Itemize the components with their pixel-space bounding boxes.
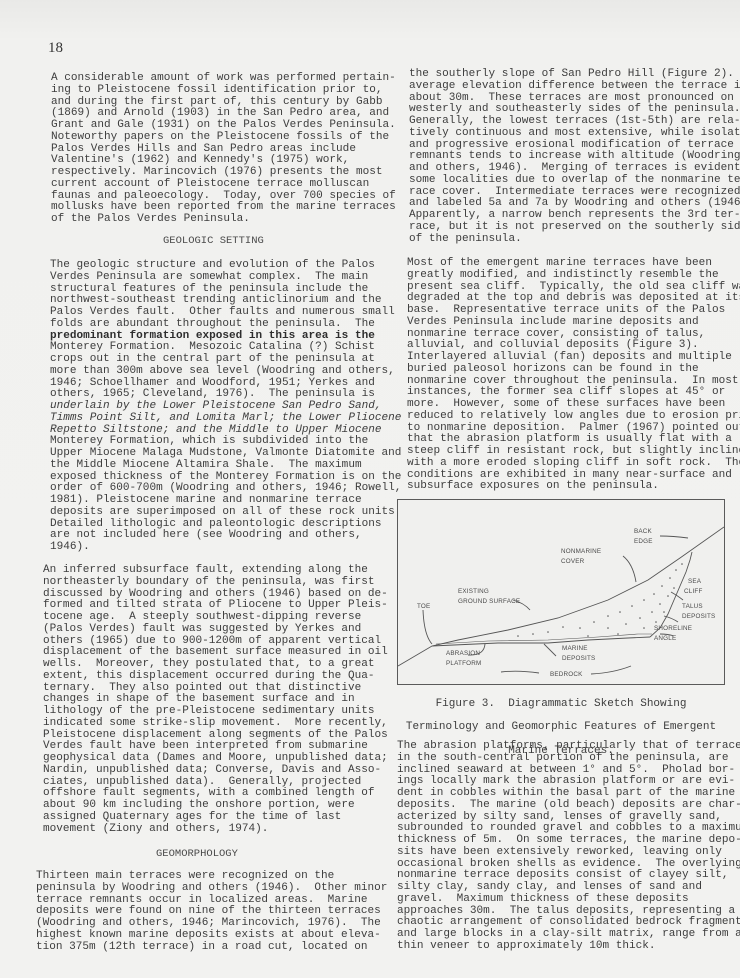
arrow-toe: [423, 610, 432, 644]
left-para-terraces: Thirteen main terraces were recognized o…: [36, 871, 387, 953]
text-line: northeasterly boundary of the peninsula,…: [43, 577, 388, 589]
label-existing-ground-surface: EXISTING: [458, 588, 489, 595]
text-line: greatly modified, and indistinctly resem…: [407, 270, 740, 282]
text-line: are not included here (see Woodring and …: [50, 530, 401, 542]
arrow-marine: [544, 644, 556, 656]
label-sea-cliff: SEA: [688, 578, 702, 585]
text-line: more. However, some of these surfaces ha…: [407, 399, 740, 411]
text-line: Interlayered alluvial (fan) deposits and…: [407, 352, 740, 364]
right-para-abrasion: The abrasion platforms, particularly tha…: [397, 741, 740, 953]
text-line: movement (Ziony and others, 1974).: [43, 824, 388, 836]
svg-text:EDGE: EDGE: [634, 538, 653, 545]
svg-text:CLIFF: CLIFF: [684, 588, 703, 595]
arrow-nonmarine: [623, 556, 636, 582]
text-line: extent, this displacement occurred durin…: [43, 671, 388, 683]
heading-geomorphology: GEOMORPHOLOGY: [156, 848, 238, 860]
text-line: Generally, the lowest terraces (1st-5th)…: [409, 116, 740, 128]
text-line: 1981). Pleistocene marine and nonmarine …: [50, 495, 401, 507]
svg-text:DEPOSITS: DEPOSITS: [682, 613, 715, 620]
text-line: thin veneer to approximately 10m thick.: [397, 941, 740, 953]
text-line: sits have been extensively reworked, lea…: [397, 847, 740, 859]
svg-text:PLATFORM: PLATFORM: [446, 660, 481, 667]
svg-text:COVER: COVER: [561, 558, 585, 565]
text-line: deposits. The marine (old beach) deposit…: [397, 800, 740, 812]
text-line: folds are abundant throughout the penins…: [50, 319, 401, 331]
text-line: The geologic structure and evolution of …: [50, 260, 401, 272]
text-line: about 90 km including the onshore portio…: [43, 800, 388, 812]
text-line: silty clay, sandy clay, and lenses of sa…: [397, 882, 740, 894]
text-line: with a more eroded sloping cliff in soft…: [407, 458, 740, 470]
text-line: more than 300m above sea level (Woodring…: [50, 366, 401, 378]
text-line: Noteworthy papers on the Pleistocene fos…: [51, 132, 396, 144]
text-line: (Woodring and others, 1946; Marincovich,…: [36, 918, 387, 930]
text-line: wells. Moreover, they postulated that, t…: [43, 659, 388, 671]
arrow-talus: [664, 616, 678, 622]
text-line: the Middle Miocene Altamira Shale. The m…: [50, 460, 401, 472]
arrow-bedrock-right: [591, 666, 631, 674]
text-line: Apparently, a narrow bench represents th…: [409, 210, 740, 222]
svg-text:DEPOSITS: DEPOSITS: [562, 655, 595, 662]
text-line: thickness of 5m. On some terraces, the m…: [397, 835, 740, 847]
text-line: tively continuous and most extensive, wh…: [409, 128, 740, 140]
text-line: Terminology and Geomorphic Features of E…: [396, 721, 726, 733]
text-line: and large blocks in a clay-silt matrix, …: [397, 929, 740, 941]
text-line: some localities due to overlap of the no…: [409, 175, 740, 187]
left-para-fault: An inferred subsurface fault, extending …: [43, 565, 388, 835]
text-line: Thirteen main terraces were recognized o…: [36, 871, 387, 883]
text-line: indicated some strike-slip movement. Mor…: [43, 718, 388, 730]
text-line: Upper Miocene Malaga Mudstone, Valmonte …: [50, 448, 401, 460]
text-line: average elevation difference between the…: [409, 81, 740, 93]
label-bedrock: BEDROCK: [550, 671, 583, 678]
text-line: base. Representative terrace units of th…: [407, 305, 740, 317]
text-line: 1946).: [50, 542, 401, 554]
label-shoreline-angle: SHORELINE: [654, 625, 692, 632]
label-marine-deposits: MARINE: [562, 645, 588, 652]
text-line: tocene age. A steeply southwest-dipping …: [43, 612, 388, 624]
svg-text:ANGLE: ANGLE: [654, 635, 676, 642]
text-line: dent in cobbles within the basal part of…: [397, 788, 740, 800]
text-line: An inferred subsurface fault, extending …: [43, 565, 388, 577]
text-line: in the south-central portion of the peni…: [397, 753, 740, 765]
text-line: (Palos Verdes) fault was suggested by Ye…: [43, 624, 388, 636]
text-line: underlain by the Lower Pleistocene San P…: [50, 401, 401, 413]
text-line: A considerable amount of work was perfor…: [51, 73, 396, 85]
text-line: Palos Verdes fault. Other faults and num…: [50, 307, 401, 319]
label-toe: TOE: [417, 603, 430, 610]
text-line: geophysical data (Dames and Moore, unpub…: [43, 753, 388, 765]
text-line: steep cliff in resistant rock, but sligh…: [407, 446, 740, 458]
text-line: respectively. Marincovich (1976) present…: [51, 167, 396, 179]
text-line: race, but it is not preserved on the sou…: [409, 222, 740, 234]
text-line: deposits are superimposed on all of thes…: [50, 507, 401, 519]
text-line: subsurface exposures on the peninsula.: [407, 481, 740, 493]
arrow-bedrock-left: [501, 671, 539, 673]
text-line: Verdes Peninsula include marine deposits…: [407, 317, 740, 329]
figure-3-diagram: BACK EDGE NONMARINE COVER SEA CLIFF EXIS…: [397, 499, 725, 685]
text-line: Verdes Peninsula are somewhat complex. T…: [50, 272, 401, 284]
arrow-back-edge: [660, 536, 688, 538]
svg-text:GROUND SURFACE: GROUND SURFACE: [458, 598, 520, 605]
text-line: Figure 3. Diagrammatic Sketch Showing: [396, 698, 726, 710]
right-para-emergent: Most of the emergent marine terraces hav…: [407, 258, 740, 493]
label-talus-deposits: TALUS: [682, 603, 703, 610]
text-line: peninsula by Woodring and others (1946).…: [36, 883, 387, 895]
text-line: current account of Pleistocene terrace m…: [51, 179, 396, 191]
label-abrasion-platform: ABRASION: [446, 650, 480, 657]
text-line: The abrasion platforms, particularly tha…: [397, 741, 740, 753]
text-line: Timms Point Silt, and Lomita Marl; the L…: [50, 413, 401, 425]
left-para-intro: A considerable amount of work was perfor…: [51, 73, 396, 226]
left-para-geologic: The geologic structure and evolution of …: [50, 260, 401, 554]
heading-geologic-setting: GEOLOGIC SETTING: [163, 235, 264, 247]
terrace-sketch: BACK EDGE NONMARINE COVER SEA CLIFF EXIS…: [398, 500, 724, 684]
text-line: ing to Pleistocene fossil identification…: [51, 85, 396, 97]
document-page: 18 A considerable amount of work was per…: [0, 0, 740, 978]
text-line: assigned Quaternary ages for the time of…: [43, 812, 388, 824]
text-line: lithology of the pre-Pleistocene sedimen…: [43, 706, 388, 718]
text-line: Nardin, unpublished data; Converse, Davi…: [43, 765, 388, 777]
text-line: of the Palos Verdes Peninsula.: [51, 214, 396, 226]
text-line: crops out in the central part of the pen…: [50, 354, 401, 366]
text-line: highest known marine deposits exists at …: [36, 930, 387, 942]
text-line: gravel. Maximum thickness of these depos…: [397, 894, 740, 906]
text-line: and others, 1946). Merging of terraces i…: [409, 163, 740, 175]
text-line: Most of the emergent marine terraces hav…: [407, 258, 740, 270]
label-nonmarine-cover: NONMARINE: [561, 548, 601, 555]
text-line: the southerly slope of San Pedro Hill (F…: [409, 69, 740, 81]
right-para-terraces-cont: the southerly slope of San Pedro Hill (F…: [409, 69, 740, 245]
text-line: of the peninsula.: [409, 234, 740, 246]
label-back-edge: BACK: [634, 528, 653, 535]
text-line: Grant and Gale (1931) on the Palos Verde…: [51, 120, 396, 132]
page-number: 18: [48, 40, 63, 57]
text-line: buried paleosol horizons can be found in…: [407, 364, 740, 376]
text-line: tion 375m (12th terrace) in a road cut, …: [36, 942, 387, 954]
text-line: reduced to relatively low angles due to …: [407, 411, 740, 423]
